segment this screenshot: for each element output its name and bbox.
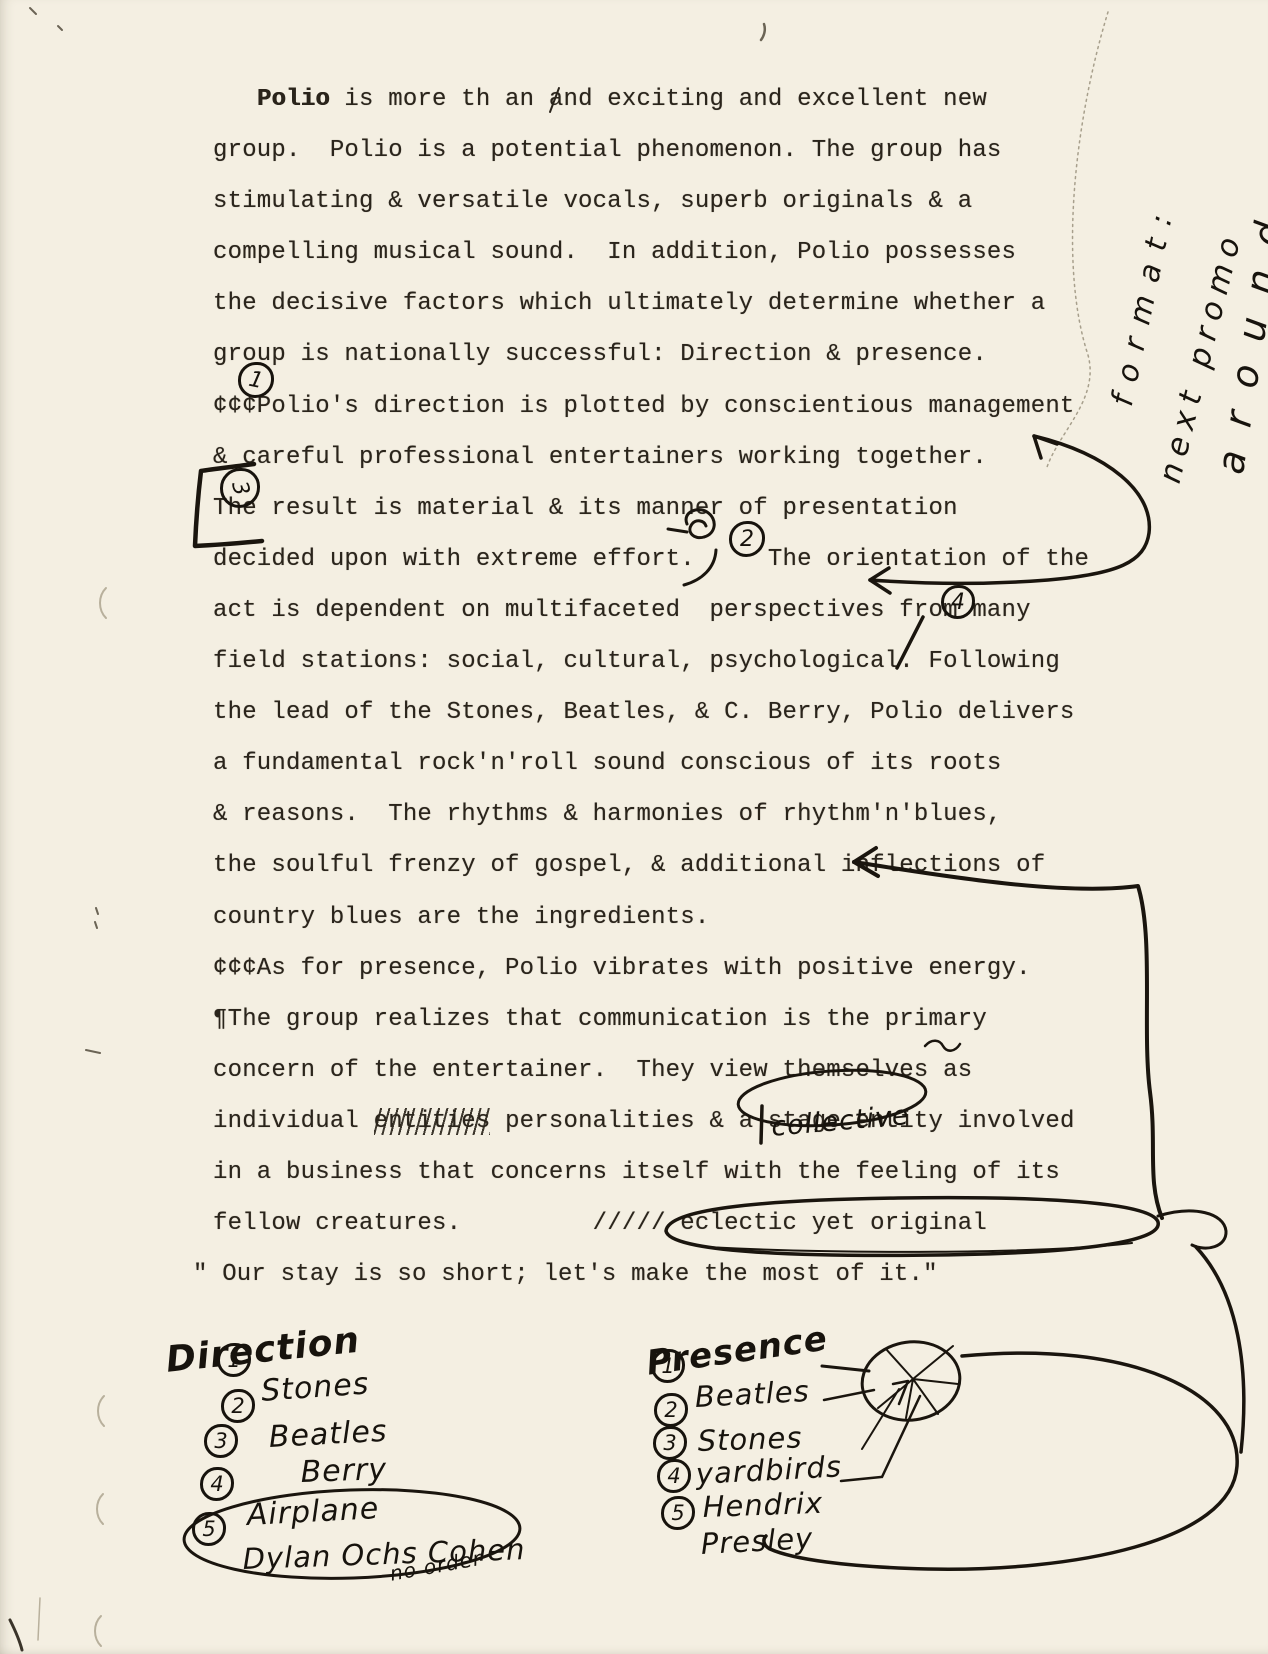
connector-chain: [1196, 1247, 1244, 1452]
direction-item-3-number: 3: [204, 1424, 238, 1458]
direction-item-5-number-label: 5: [202, 1517, 215, 1541]
star-circle: [857, 1336, 965, 1427]
edit-circle-2-label: 2: [740, 527, 754, 552]
typed-line: country blues are the ingredients.: [213, 892, 1089, 943]
direction-item-2-text: Beatles: [268, 1414, 388, 1455]
presence-item-3-text: yardbirds: [695, 1449, 843, 1491]
direction-item-4-number-label: 4: [210, 1472, 223, 1496]
presence-item-2-number-label: 2: [664, 1398, 677, 1422]
beatles-connector: [822, 1366, 869, 1371]
typed-line: ¢¢¢As for presence, Polio vibrates with …: [213, 943, 1089, 994]
presence-item-4-number: 4: [657, 1459, 691, 1493]
marginalia-line-1: format:: [1105, 198, 1183, 409]
typed-line: compelling musical sound. In addition, P…: [213, 227, 1089, 278]
edit-circle-3-label: 3: [226, 478, 254, 498]
presence-item-5-number: 5: [661, 1496, 695, 1530]
typed-line: & careful professional entertainers work…: [213, 432, 1089, 483]
typed-line: field stations: social, cultural, psycho…: [213, 636, 1089, 687]
presence-item-2-number: 2: [654, 1393, 688, 1427]
presence-item-4-number-label: 4: [667, 1464, 680, 1488]
typed-line: ¶The group realizes that communication i…: [213, 994, 1089, 1045]
document-page: Polio is more th an and exciting and exc…: [0, 0, 1268, 1654]
typed-line: the decisive factors which ultimately de…: [213, 278, 1089, 329]
corner-tick: [10, 1620, 22, 1650]
edit-circle-1-label: 1: [247, 366, 266, 393]
star-seven-mark: [893, 1381, 908, 1404]
typed-line: & reasons. The rhythms & harmonies of rh…: [213, 789, 1089, 840]
typed-line: the lead of the Stones, Beatles, & C. Be…: [213, 687, 1089, 738]
presence-item-1-text: Beatles: [694, 1374, 811, 1414]
punch-hole-marks: [38, 588, 106, 1646]
direction-item-3-number-label: 3: [214, 1429, 227, 1453]
direction-item-2-number-label: 2: [231, 1394, 244, 1418]
typed-line: " Our stay is so short; let's make the m…: [193, 1249, 1089, 1300]
typed-line: Polio is more th an and exciting and exc…: [213, 74, 1089, 125]
presence-item-4-text: Hendrix: [702, 1486, 824, 1524]
presence-item-3-number-label: 3: [663, 1431, 676, 1455]
stones-connector: [824, 1390, 874, 1400]
direction-item-1-number-label: 1: [227, 1348, 240, 1372]
typed-line: concern of the entertainer. They view th…: [213, 1045, 1089, 1096]
hendrix-connector: [841, 1396, 920, 1481]
typed-text-block: Polio is more th an and exciting and exc…: [213, 74, 1089, 1300]
typed-line: fellow creatures. ///// eclectic yet ori…: [213, 1198, 1089, 1249]
direction-item-4-number: 4: [200, 1467, 234, 1501]
typed-line: The result is material & its manner of p…: [213, 483, 1089, 534]
yardbirds-connector: [862, 1389, 899, 1449]
typed-line: a fundamental rock'n'roll sound consciou…: [213, 738, 1089, 789]
presence-item-3-number: 3: [653, 1426, 687, 1460]
presence-item-5-number-label: 5: [671, 1501, 684, 1525]
direction-item-4-text: Airplane: [246, 1491, 380, 1533]
typed-line: group is nationally successful: Directio…: [213, 329, 1089, 380]
direction-item-5-number: 5: [192, 1512, 226, 1546]
star-spokes: [878, 1346, 958, 1418]
typed-line: ¢¢¢Polio's direction is plotted by consc…: [213, 381, 1089, 432]
direction-item-2-number: 2: [221, 1389, 255, 1423]
direction-item-3-text: Berry: [300, 1452, 388, 1490]
typed-line: group. Polio is a potential phenomenon. …: [213, 125, 1089, 176]
typed-line: in a business that concerns itself with …: [213, 1147, 1089, 1198]
typed-line: individual entities personalities & a st…: [213, 1096, 1089, 1147]
direction-item-1-text: Stones: [260, 1366, 370, 1408]
typed-line: the soulful frenzy of gospel, & addition…: [213, 840, 1089, 891]
eclectic-loop-tail: [1158, 1211, 1226, 1248]
presence-item-1-number-label: 1: [661, 1354, 674, 1378]
presence-item-5-text: Presley: [700, 1521, 814, 1561]
edit-circle-4-label: 4: [951, 590, 965, 615]
typed-line: stimulating & versatile vocals, superb o…: [213, 176, 1089, 227]
typed-line: decided upon with extreme effort. The or…: [213, 534, 1089, 585]
